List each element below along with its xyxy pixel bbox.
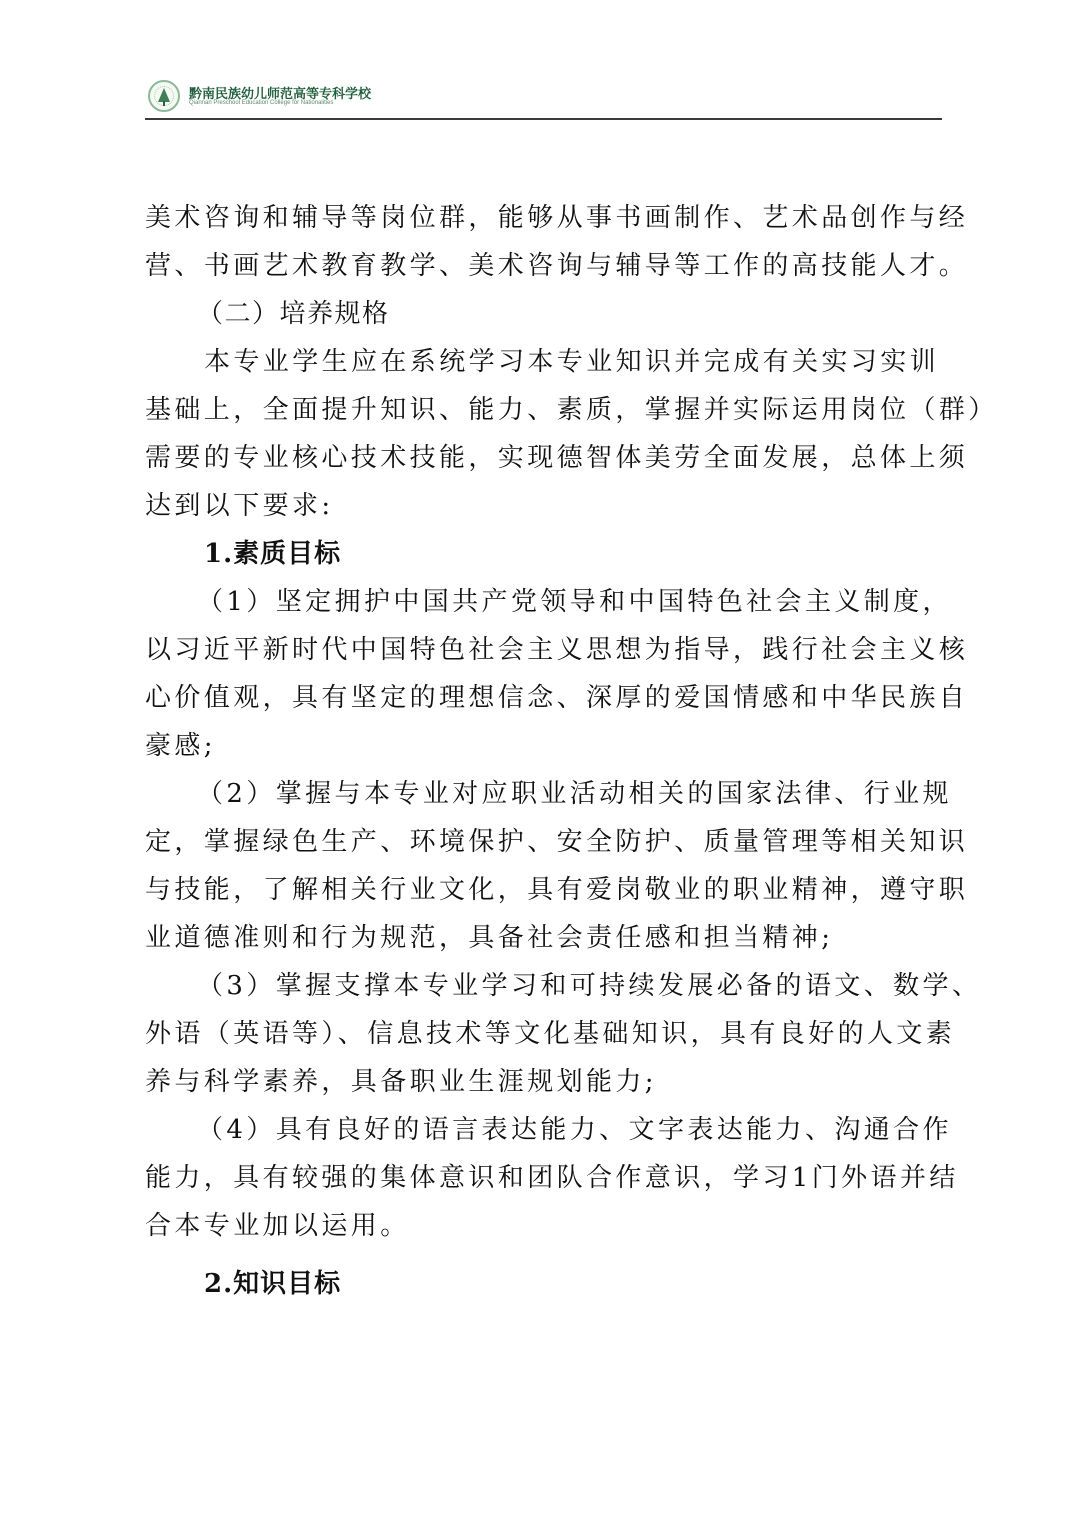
tree-trunk — [163, 101, 165, 106]
heading-quality-goals: 1.素质目标 — [145, 534, 945, 582]
text-line: （1）坚定拥护中国共产党领导和中国特色社会主义制度， — [145, 582, 945, 630]
text-line: 业道德准则和行为规范，具备社会责任感和担当精神; — [145, 918, 945, 966]
text-line: 需要的专业核心技术技能，实现德智体美劳全面发展，总体上须 — [145, 438, 945, 486]
text-line: 养与科学素养，具备职业生涯规划能力; — [145, 1062, 945, 1110]
text-line: 营、书画艺术教育教学、美术咨询与辅导等工作的高技能人才。 — [145, 246, 945, 294]
text-line: 美术咨询和辅导等岗位群，能够从事书画制作、艺术品创作与经 — [145, 198, 945, 246]
text-line: 以习近平新时代中国特色社会主义思想为指导，践行社会主义核 — [145, 630, 945, 678]
text-line: 本专业学生应在系统学习本专业知识并完成有关实习实训 — [145, 342, 945, 390]
heading-knowledge-goals: 2.知识目标 — [145, 1264, 945, 1312]
school-emblem-icon — [148, 80, 180, 112]
header-divider — [145, 118, 942, 120]
text-line: 定，掌握绿色生产、环境保护、安全防护、质量管理等相关知识 — [145, 822, 945, 870]
text-line: 豪感; — [145, 726, 945, 774]
document-body: 美术咨询和辅导等岗位群，能够从事书画制作、艺术品创作与经 营、书画艺术教育教学、… — [145, 198, 945, 1312]
text-line: 合本专业加以运用。 — [145, 1206, 945, 1254]
text-line: 能力，具有较强的集体意识和团队合作意识，学习1门外语并结 — [145, 1158, 945, 1206]
section-subheading: （二）培养规格 — [145, 294, 945, 342]
text-line: （4）具有良好的语言表达能力、文字表达能力、沟通合作 — [145, 1110, 945, 1158]
text-line: 基础上，全面提升知识、能力、素质，掌握并实际运用岗位（群） — [145, 390, 945, 438]
tree-icon — [158, 88, 170, 102]
text-line: 达到以下要求: — [145, 486, 945, 534]
spacer — [145, 1254, 945, 1264]
page-header: 黔南民族幼儿师范高等专科学校 Qiannan Preschool Educati… — [145, 74, 942, 120]
text-line: （2）掌握与本专业对应职业活动相关的国家法律、行业规 — [145, 774, 945, 822]
text-line: 与技能，了解相关行业文化，具有爱岗敬业的职业精神，遵守职 — [145, 870, 945, 918]
text-line: （3）掌握支撑本专业学习和可持续发展必备的语文、数学、 — [145, 966, 945, 1014]
text-line: 心价值观，具有坚定的理想信念、深厚的爱国情感和中华民族自 — [145, 678, 945, 726]
text-line: 外语（英语等）、信息技术等文化基础知识，具有良好的人文素 — [145, 1014, 945, 1062]
school-name-en: Qiannan Preschool Education College for … — [189, 100, 333, 106]
